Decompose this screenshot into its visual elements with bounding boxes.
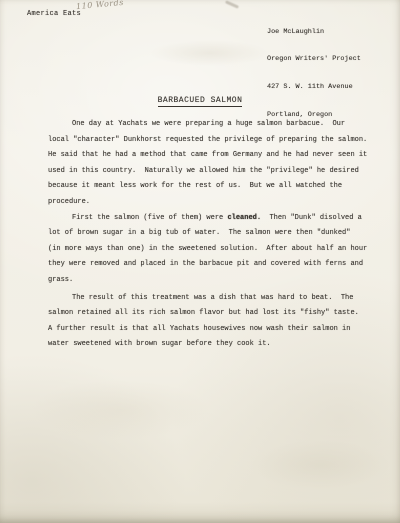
text-line: (in more ways than one) in the sweetened… bbox=[48, 242, 370, 258]
text-line: because it meant less work for the rest … bbox=[48, 179, 370, 195]
document-title: BARBACUED SALMON bbox=[0, 96, 400, 105]
document-title-text: BARBACUED SALMON bbox=[158, 96, 243, 107]
text-line: The result of this treatment was a dish … bbox=[48, 291, 370, 307]
series-title: America Eats bbox=[27, 10, 81, 18]
paragraph-1: One day at Yachats we were preparing a h… bbox=[48, 117, 370, 211]
text-line: local "character" Dunkhorst requested th… bbox=[48, 133, 370, 149]
text-line: A further result is that all Yachats hou… bbox=[48, 322, 370, 338]
text-segment: First the salmon (five of them) were bbox=[72, 214, 227, 222]
text-line: used in this country. Naturally we allow… bbox=[48, 164, 370, 180]
author-street-address: 427 S. W. 11th Avenue bbox=[267, 83, 361, 92]
scanned-document-page: America Eats 110 Words Joe McLaughlin Or… bbox=[0, 0, 400, 523]
text-line: grass. bbox=[48, 273, 370, 289]
text-line: they were removed and placed in the barb… bbox=[48, 257, 370, 273]
paragraph-3: The result of this treatment was a dish … bbox=[48, 291, 370, 353]
text-line: procedure. bbox=[48, 195, 370, 211]
text-segment: Then "Dunk" disolved a bbox=[261, 214, 362, 222]
author-name: Joe McLaughlin bbox=[267, 28, 361, 37]
text-line: First the salmon (five of them) were cle… bbox=[48, 211, 370, 227]
text-line: One day at Yachats we were preparing a h… bbox=[48, 117, 370, 133]
text-line: lot of brown sugar in a big tub of water… bbox=[48, 226, 370, 242]
text-line: water sweetened with brown sugar before … bbox=[48, 337, 370, 353]
text-line: salmon retained all its rich salmon flav… bbox=[48, 306, 370, 322]
paragraph-2: First the salmon (five of them) were cle… bbox=[48, 211, 370, 289]
author-organization: Oregon Writers' Project bbox=[267, 55, 361, 64]
emphasized-word: cleaned. bbox=[227, 214, 261, 222]
document-body: One day at Yachats we were preparing a h… bbox=[48, 117, 370, 353]
text-line: He said that he had a method that came f… bbox=[48, 148, 370, 164]
